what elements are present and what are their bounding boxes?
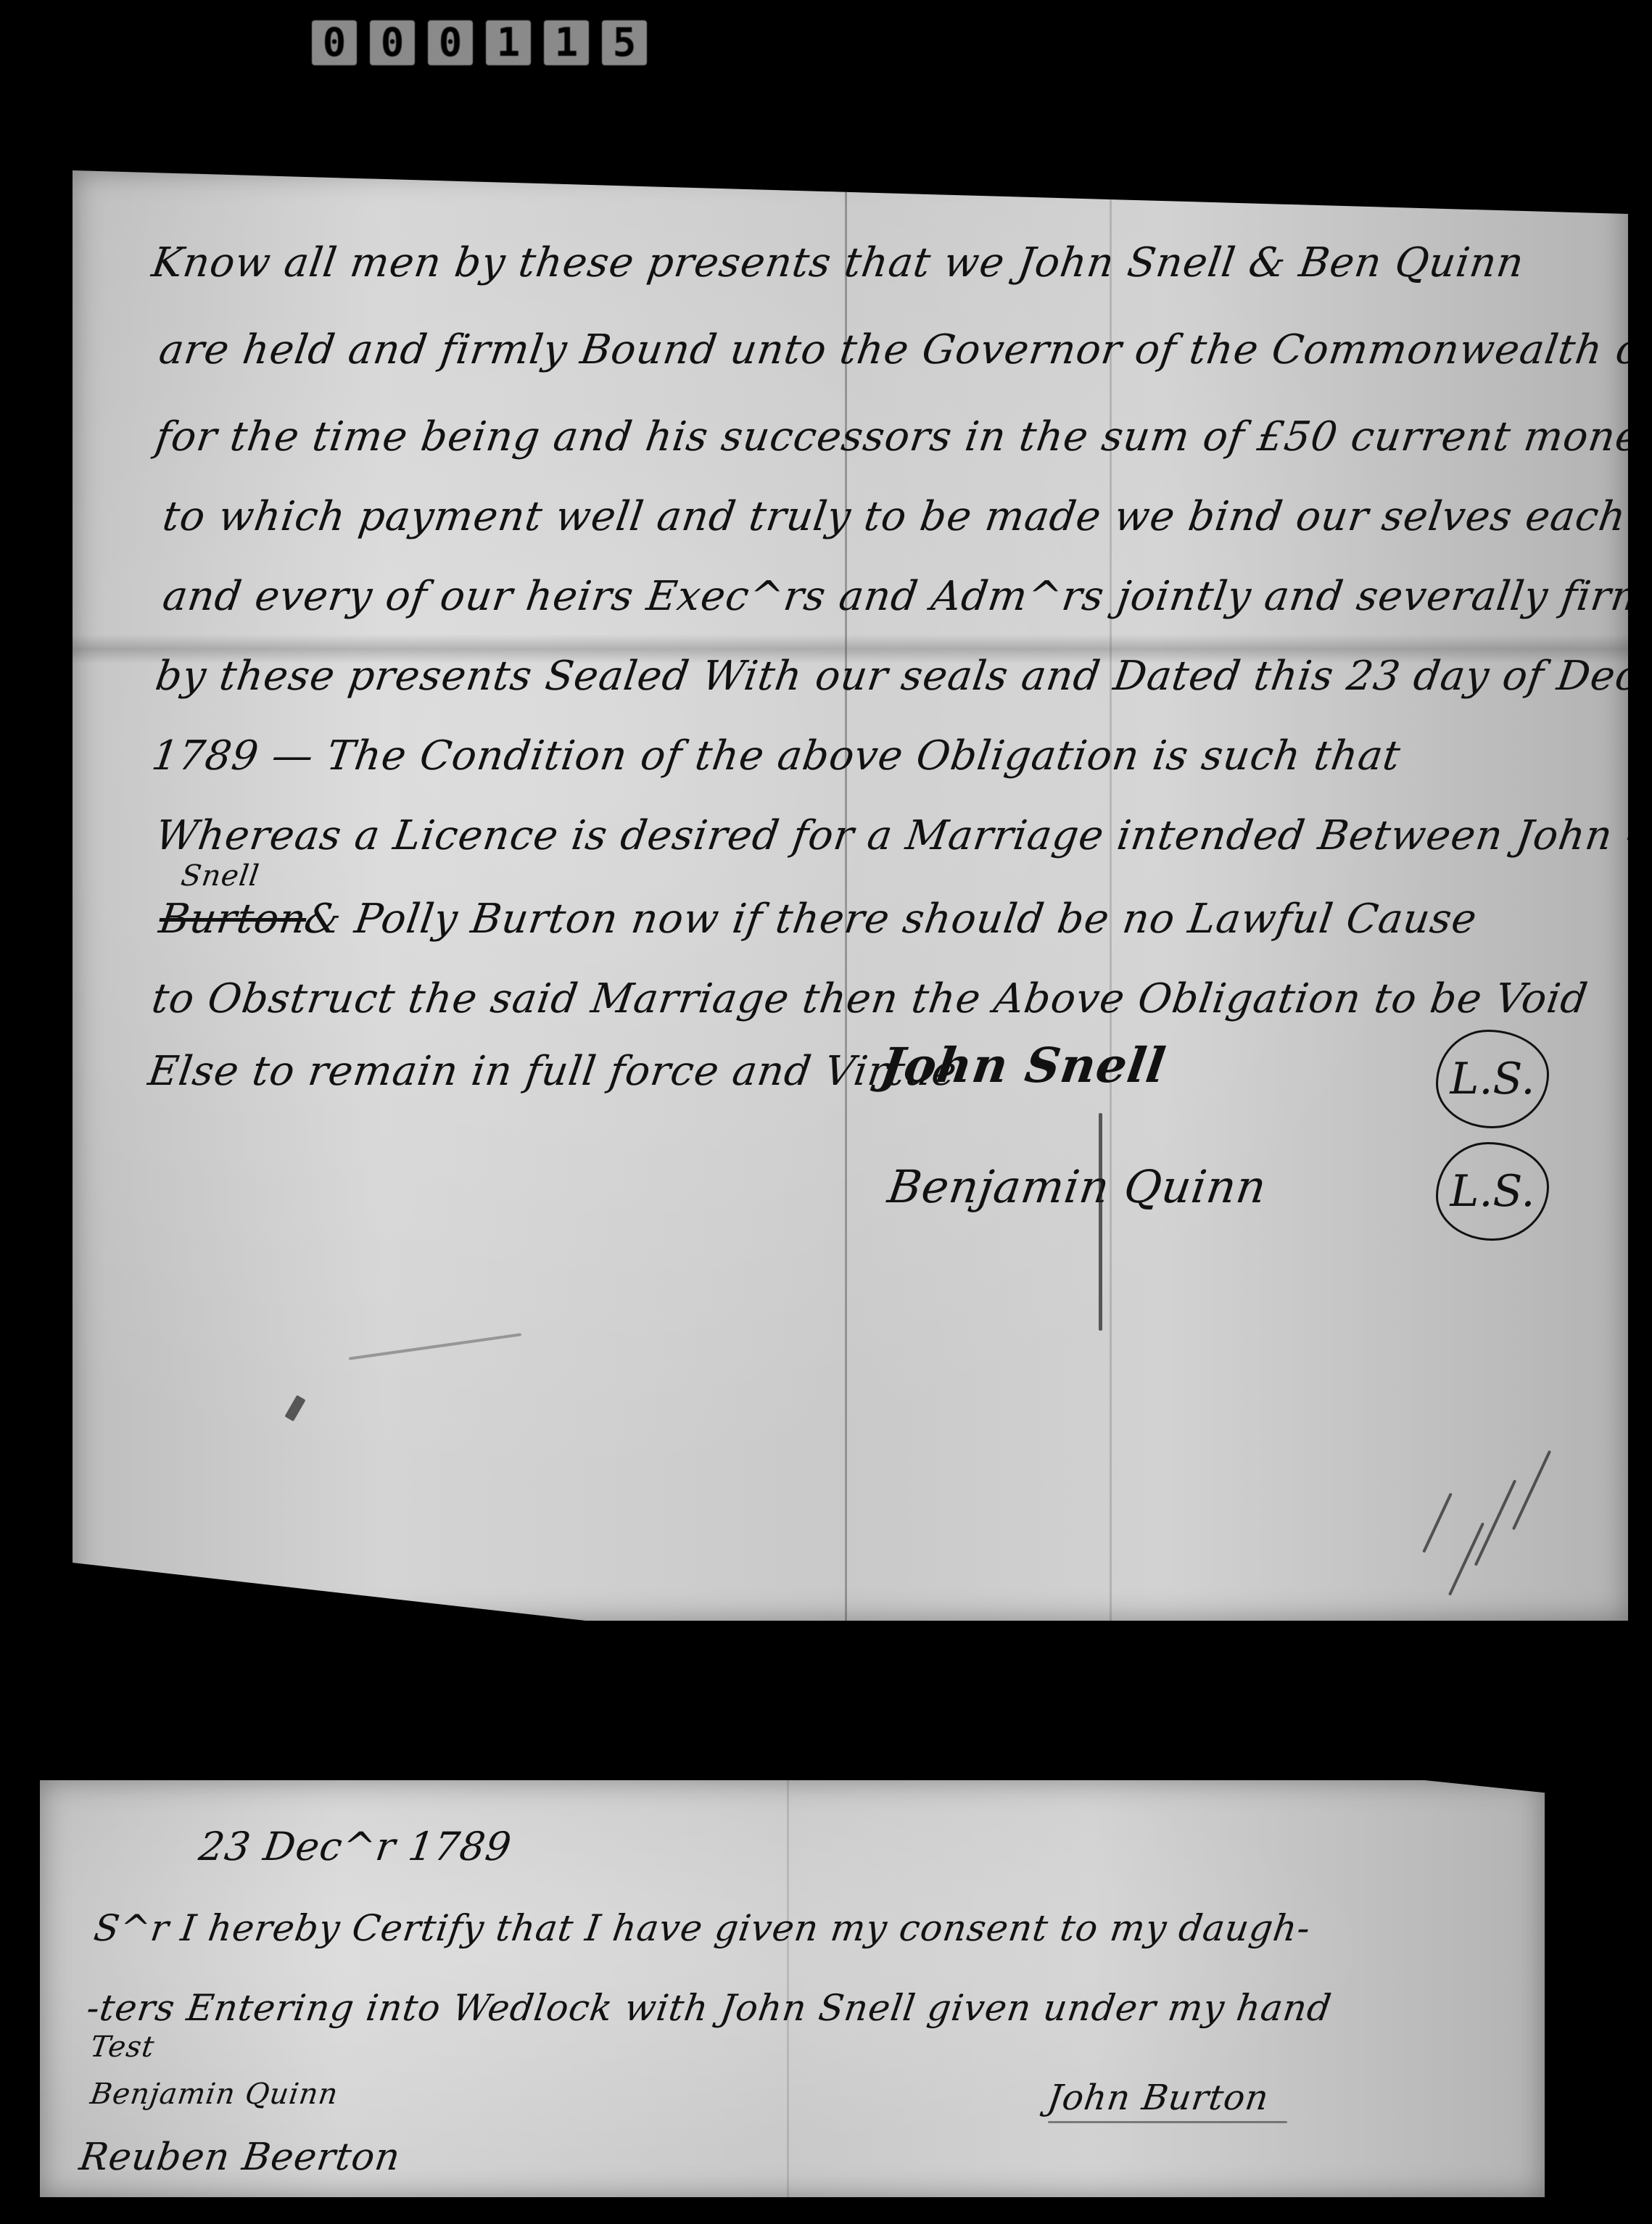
ink-streak xyxy=(1422,1492,1453,1553)
seal-ls-icon: L.S. xyxy=(1436,1142,1549,1241)
witness-benjamin-quinn: Benjamin Quinn xyxy=(88,2078,341,2111)
ink-streak xyxy=(1474,1479,1517,1566)
bond-line-1: Know all men by these presents that we J… xyxy=(149,239,1527,286)
stamp-digit: 1 xyxy=(486,20,531,65)
signature-underline xyxy=(1048,2121,1287,2123)
bond-line-6: by these presents Sealed With our seals … xyxy=(152,653,1652,700)
stamp-digit: 0 xyxy=(428,20,473,65)
stamp-digit: 0 xyxy=(370,20,415,65)
stamp-digit: 5 xyxy=(602,20,647,65)
consent-line-2: -ters Entering into Wedlock with John Sn… xyxy=(84,1987,1334,2029)
archive-number-stamp: 0 0 0 1 1 5 xyxy=(312,20,647,65)
struck-word: Burton xyxy=(156,896,307,943)
signature-benjamin-quinn: Benjamin Quinn xyxy=(885,1160,1270,1213)
bond-line-10: to Obstruct the said Marriage then the A… xyxy=(149,975,1590,1022)
stamp-digit: 0 xyxy=(312,20,357,65)
test-label: Test xyxy=(88,2030,157,2064)
seal-ls-icon: L.S. xyxy=(1436,1030,1549,1128)
witness-reuben: Reuben Beerton xyxy=(77,2136,403,2179)
consent-note-slip: 23 Dec^r 1789 S^r I hereby Certify that … xyxy=(40,1780,1545,2197)
signature-john-snell: John Snell xyxy=(877,1037,1170,1094)
bond-line-8: Whereas a Licence is desired for a Marri… xyxy=(152,812,1652,859)
consent-date: 23 Dec^r 1789 xyxy=(197,1824,515,1869)
marriage-bond-sheet: Know all men by these presents that we J… xyxy=(73,170,1628,1621)
stamp-digit: 1 xyxy=(544,20,589,65)
bond-line-9: & Polly Burton now if there should be no… xyxy=(301,896,1479,943)
bond-line-5: and every of our heirs Exec^rs and Adm^r… xyxy=(160,573,1652,620)
bond-line-11: Else to remain in full force and Virtue xyxy=(145,1048,959,1095)
pen-streak xyxy=(349,1333,521,1360)
inserted-correction: Snell xyxy=(179,859,262,893)
ink-smudge xyxy=(284,1395,305,1421)
bond-line-7: 1789 — The Condition of the above Obliga… xyxy=(149,732,1403,780)
consent-line-1: S^r I hereby Certify that I have given m… xyxy=(91,1907,1313,1949)
signature-john-burton: John Burton xyxy=(1045,2078,1271,2118)
ink-drip-line xyxy=(1099,1113,1102,1331)
bond-line-3: for the time being and his successors in… xyxy=(152,413,1652,460)
bond-line-4: to which payment well and truly to be ma… xyxy=(160,493,1629,540)
bond-line-2: are held and firmly Bound unto the Gover… xyxy=(156,326,1652,373)
ink-streak xyxy=(1512,1450,1551,1530)
